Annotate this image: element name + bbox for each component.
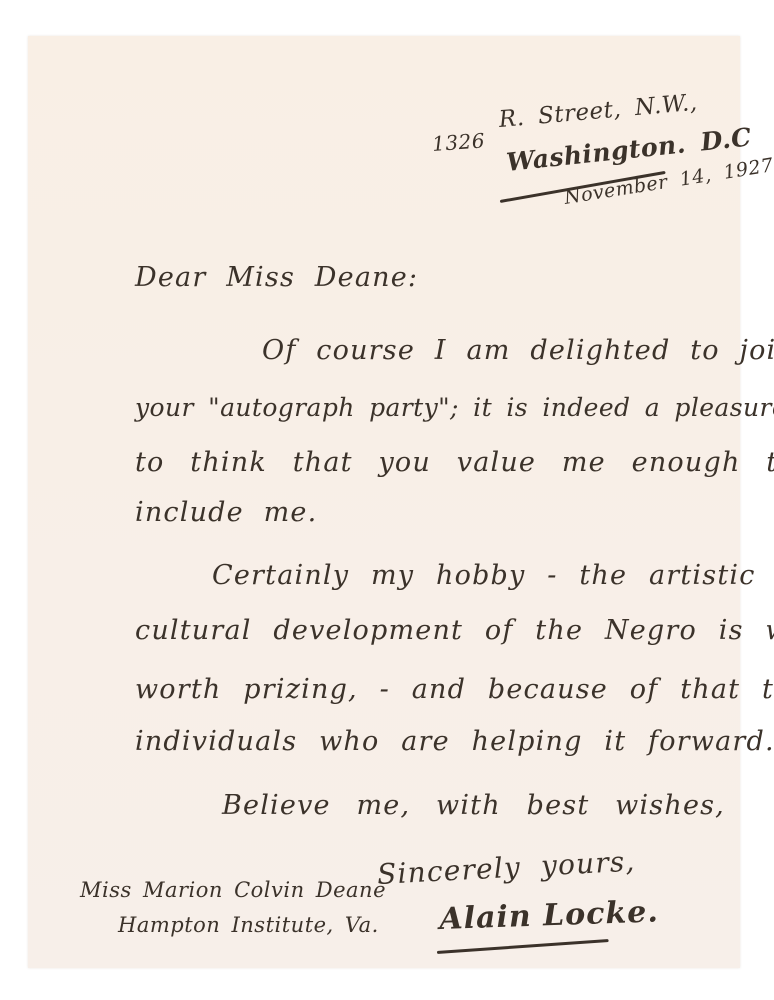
body-line-4: include me. bbox=[135, 497, 317, 528]
recipient-address: Hampton Institute, Va. bbox=[118, 913, 379, 937]
body-line-1: Of course I am delighted to join bbox=[262, 335, 774, 366]
header-street-number: 1326 bbox=[431, 128, 485, 156]
closing-line: Believe me, with best wishes, bbox=[222, 790, 725, 821]
body-line-5: Certainly my hobby - the artistic and bbox=[212, 560, 774, 591]
body-line-6: cultural development of the Negro is wel… bbox=[135, 615, 774, 646]
recipient-name: Miss Marion Colvin Deane bbox=[80, 878, 386, 902]
salutation: Dear Miss Deane: bbox=[135, 262, 418, 293]
body-line-3: to think that you value me enough to bbox=[135, 447, 774, 478]
body-line-8: individuals who are helping it forward. bbox=[135, 726, 774, 757]
body-line-2: your "autograph party"; it is indeed a p… bbox=[135, 393, 774, 422]
body-line-7: worth prizing, - and because of that the bbox=[135, 674, 774, 705]
